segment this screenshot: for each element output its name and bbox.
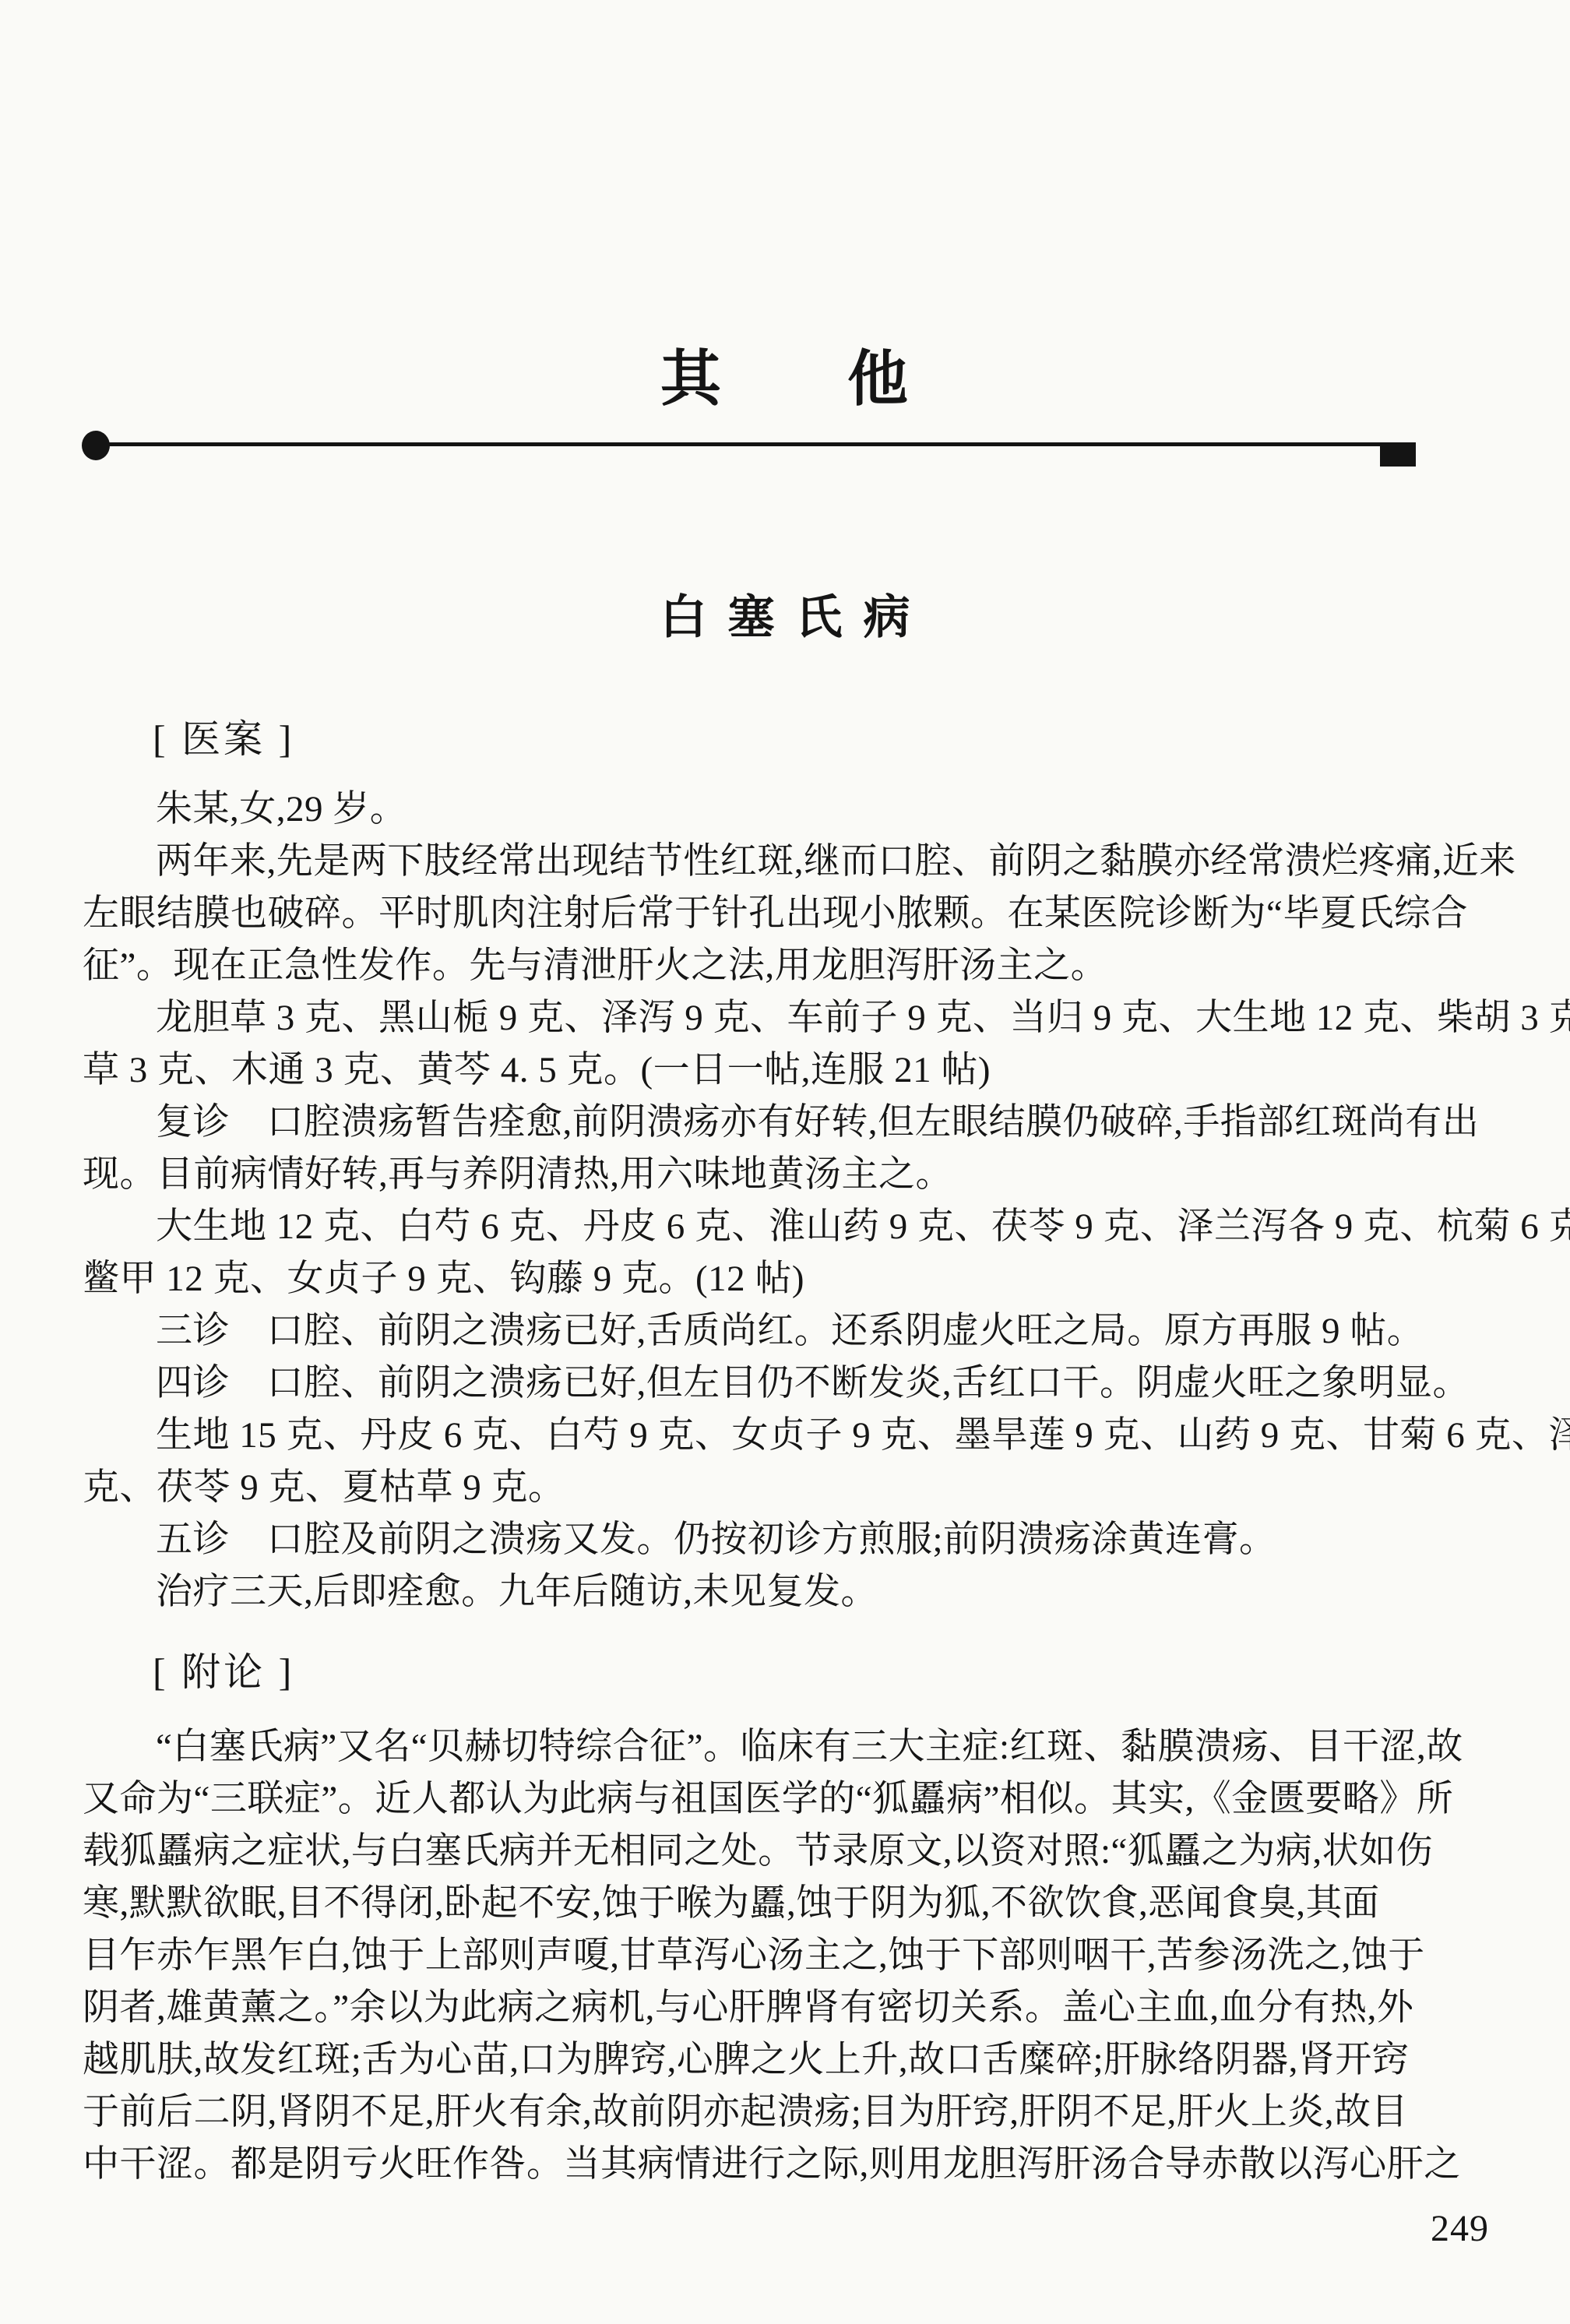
case-text-line: 四诊 口腔、前阴之溃疡已好,但左目仍不断发炎,舌红口干。阴虚火旺之象明显。 xyxy=(83,1357,1486,1410)
discussion-text-line: “白塞氏病”又名“贝赫切特综合征”。临床有三大主症:红斑、黏膜溃疡、目干涩,故 xyxy=(83,1721,1486,1773)
case-text-line: 现。目前病情好转,再与养阴清热,用六味地黄汤主之。 xyxy=(83,1149,1486,1201)
case-text-line: 草 3 克、木通 3 克、黄芩 4. 5 克。(一日一帖,连服 21 帖) xyxy=(83,1044,1486,1097)
case-text-line: 朱某,女,29 岁。 xyxy=(83,783,1486,836)
page-number: 249 xyxy=(1431,2210,1489,2248)
discussion-text-line: 寒,默默欲眠,目不得闭,卧起不安,蚀于喉为䘌,蚀于阴为狐,不欲饮食,恶闻食臭,其… xyxy=(83,1878,1486,1930)
case-text-line: 鳖甲 12 克、女贞子 9 克、钩藤 9 克。(12 帖) xyxy=(83,1253,1486,1305)
chapter-divider xyxy=(82,429,1416,470)
divider-square-icon xyxy=(1380,442,1416,467)
discussion-section-body: “白塞氏病”又名“贝赫切特综合征”。临床有三大主症:红斑、黏膜溃疡、目干涩,故又… xyxy=(83,1721,1486,2191)
case-text-line: 左眼结膜也破碎。平时肌肉注射后常于针孔出现小脓颗。在某医院诊断为“毕夏氏综合 xyxy=(83,888,1486,940)
case-text-line: 征”。现在正急性发作。先与清泄肝火之法,用龙胆泻肝汤主之。 xyxy=(83,940,1486,992)
case-text-line: 复诊 口腔溃疡暂告痊愈,前阴溃疡亦有好转,但左眼结膜仍破碎,手指部红斑尚有出 xyxy=(83,1097,1486,1149)
case-text-line: 治疗三天,后即痊愈。九年后随访,未见复发。 xyxy=(83,1566,1486,1618)
case-text-line: 五诊 口腔及前阴之溃疡又发。仍按初诊方煎服;前阴溃疡涂黄连膏。 xyxy=(83,1514,1486,1566)
discussion-text-line: 越肌肤,故发红斑;舌为心苗,口为脾窍,心脾之火上升,故口舌糜碎;肝脉络阴器,肾开… xyxy=(83,2034,1486,2086)
discussion-section-heading: [ 附论 ] xyxy=(153,1650,294,1694)
case-text-line: 生地 15 克、丹皮 6 克、白芍 9 克、女贞子 9 克、墨旱莲 9 克、山药… xyxy=(83,1410,1486,1462)
discussion-text-line: 又命为“三联症”。近人都认为此病与祖国医学的“狐䘌病”相似。其实,《金匮要略》所 xyxy=(83,1773,1486,1826)
case-text-line: 龙胆草 3 克、黑山栀 9 克、泽泻 9 克、车前子 9 克、当归 9 克、大生… xyxy=(83,992,1486,1044)
chapter-title: 其 他 xyxy=(0,349,1570,410)
case-text-line: 克、茯苓 9 克、夏枯草 9 克。 xyxy=(83,1462,1486,1514)
discussion-text-line: 中干涩。都是阴亏火旺作咎。当其病情进行之际,则用龙胆泻肝汤合导赤散以泻心肝之 xyxy=(83,2139,1486,2191)
discussion-text-line: 阴者,雄黄薰之。”余以为此病之病机,与心肝脾肾有密切关系。盖心主血,血分有热,外 xyxy=(83,1982,1486,2034)
case-section-body: 朱某,女,29 岁。两年来,先是两下肢经常出现结节性红斑,继而口腔、前阴之黏膜亦… xyxy=(83,783,1486,1618)
divider-line xyxy=(97,442,1399,446)
discussion-text-line: 目乍赤乍黑乍白,蚀于上部则声嗄,甘草泻心汤主之,蚀于下部则咽干,苦参汤洗之,蚀于 xyxy=(83,1930,1486,1982)
case-text-line: 大生地 12 克、白芍 6 克、丹皮 6 克、淮山药 9 克、茯苓 9 克、泽兰… xyxy=(83,1201,1486,1253)
book-page: { "page": { "chapter_title": "其 他", "sec… xyxy=(0,0,1570,2324)
case-text-line: 三诊 口腔、前阴之溃疡已好,舌质尚红。还系阴虚火旺之局。原方再服 9 帖。 xyxy=(83,1305,1486,1357)
discussion-text-line: 载狐䘌病之症状,与白塞氏病并无相同之处。节录原文,以资对照:“狐䘌之为病,状如伤 xyxy=(83,1826,1486,1878)
case-text-line: 两年来,先是两下肢经常出现结节性红斑,继而口腔、前阴之黏膜亦经常溃烂疼痛,近来 xyxy=(83,836,1486,888)
discussion-text-line: 于前后二阴,肾阴不足,肝火有余,故前阴亦起溃疡;目为肝窍,肝阴不足,肝火上炎,故… xyxy=(83,2086,1486,2139)
case-section-heading: [ 医案 ] xyxy=(153,717,294,761)
section-title: 白塞氏病 xyxy=(0,594,1570,641)
